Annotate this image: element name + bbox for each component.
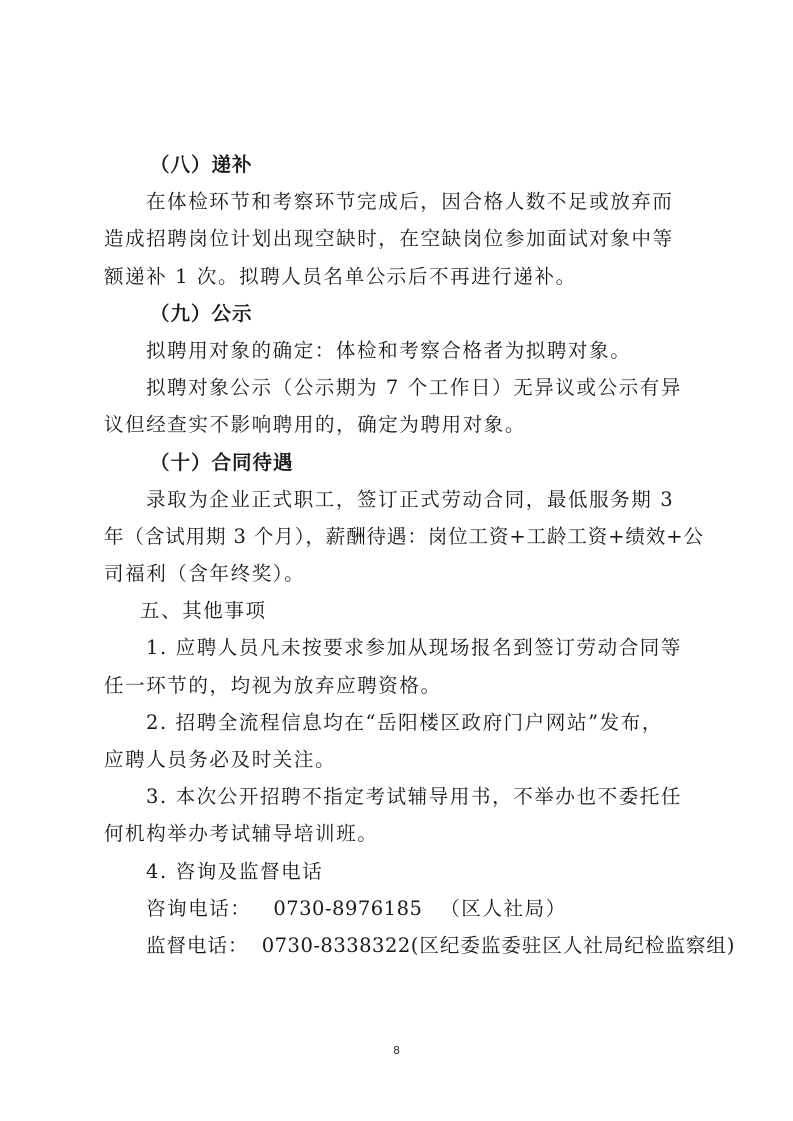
paragraph-line: 年（含试用期 3 个月），薪酬待遇：岗位工资+工龄工资+绩效+公	[104, 518, 684, 555]
list-item-1-continued: 任一环节的，均视为放弃应聘资格。	[104, 667, 684, 704]
paragraph-line: 拟聘用对象的确定：体检和考察合格者为拟聘对象。	[104, 332, 684, 369]
document-page: （八）递补 在体检环节和考察环节完成后，因合格人数不足或放弃而 造成招聘岗位计划…	[0, 0, 793, 1121]
consult-phone-number: 0730-8976185	[273, 897, 422, 920]
supervision-phone-org: (区纪委监委驻区人社局纪检监察组)	[411, 934, 736, 957]
list-item-4: 4. 咨询及监督电话	[104, 853, 684, 890]
page-number: 8	[0, 1044, 793, 1057]
consult-phone-line: 咨询电话： 0730-8976185 （区人社局）	[104, 890, 684, 927]
supervision-phone-line: 监督电话： 0730-8338322(区纪委监委驻区人社局纪检监察组)	[104, 927, 684, 964]
paragraph-line: 额递补 1 次。拟聘人员名单公示后不再进行递补。	[104, 258, 684, 295]
list-item-3-continued: 何机构举办考试辅导培训班。	[104, 815, 684, 852]
list-item-1: 1. 应聘人员凡未按要求参加从现场报名到签订劳动合同等	[104, 629, 684, 666]
supervision-phone-number: 0730-8338322	[262, 934, 411, 957]
paragraph-line: 拟聘对象公示（公示期为 7 个工作日）无异议或公示有异	[104, 369, 684, 406]
section-heading-fill-vacancy: （八）递补	[104, 146, 684, 183]
consult-phone-label: 咨询电话：	[146, 897, 252, 920]
section-heading-public-notice: （九）公示	[104, 295, 684, 332]
paragraph-line: 司福利（含年终奖）。	[104, 555, 684, 592]
section-heading-contract-benefits: （十）合同待遇	[104, 444, 684, 481]
section-title-other-matters: 五、其他事项	[104, 592, 684, 629]
paragraph-line: 在体检环节和考察环节完成后，因合格人数不足或放弃而	[104, 183, 684, 220]
consult-phone-org: （区人社局）	[440, 897, 567, 920]
list-item-3: 3. 本次公开招聘不指定考试辅导用书，不举办也不委托任	[104, 778, 684, 815]
paragraph-line: 录取为企业正式职工，签订正式劳动合同，最低服务期 3	[104, 481, 684, 518]
paragraph-line: 议但经查实不影响聘用的，确定为聘用对象。	[104, 406, 684, 443]
list-item-2: 2. 招聘全流程信息均在“岳阳楼区政府门户网站”发布，	[104, 704, 684, 741]
supervision-phone-label: 监督电话：	[146, 934, 249, 957]
document-body: （八）递补 在体检环节和考察环节完成后，因合格人数不足或放弃而 造成招聘岗位计划…	[104, 146, 684, 964]
list-item-2-continued: 应聘人员务必及时关注。	[104, 741, 684, 778]
paragraph-line: 造成招聘岗位计划出现空缺时，在空缺岗位参加面试对象中等	[104, 220, 684, 257]
